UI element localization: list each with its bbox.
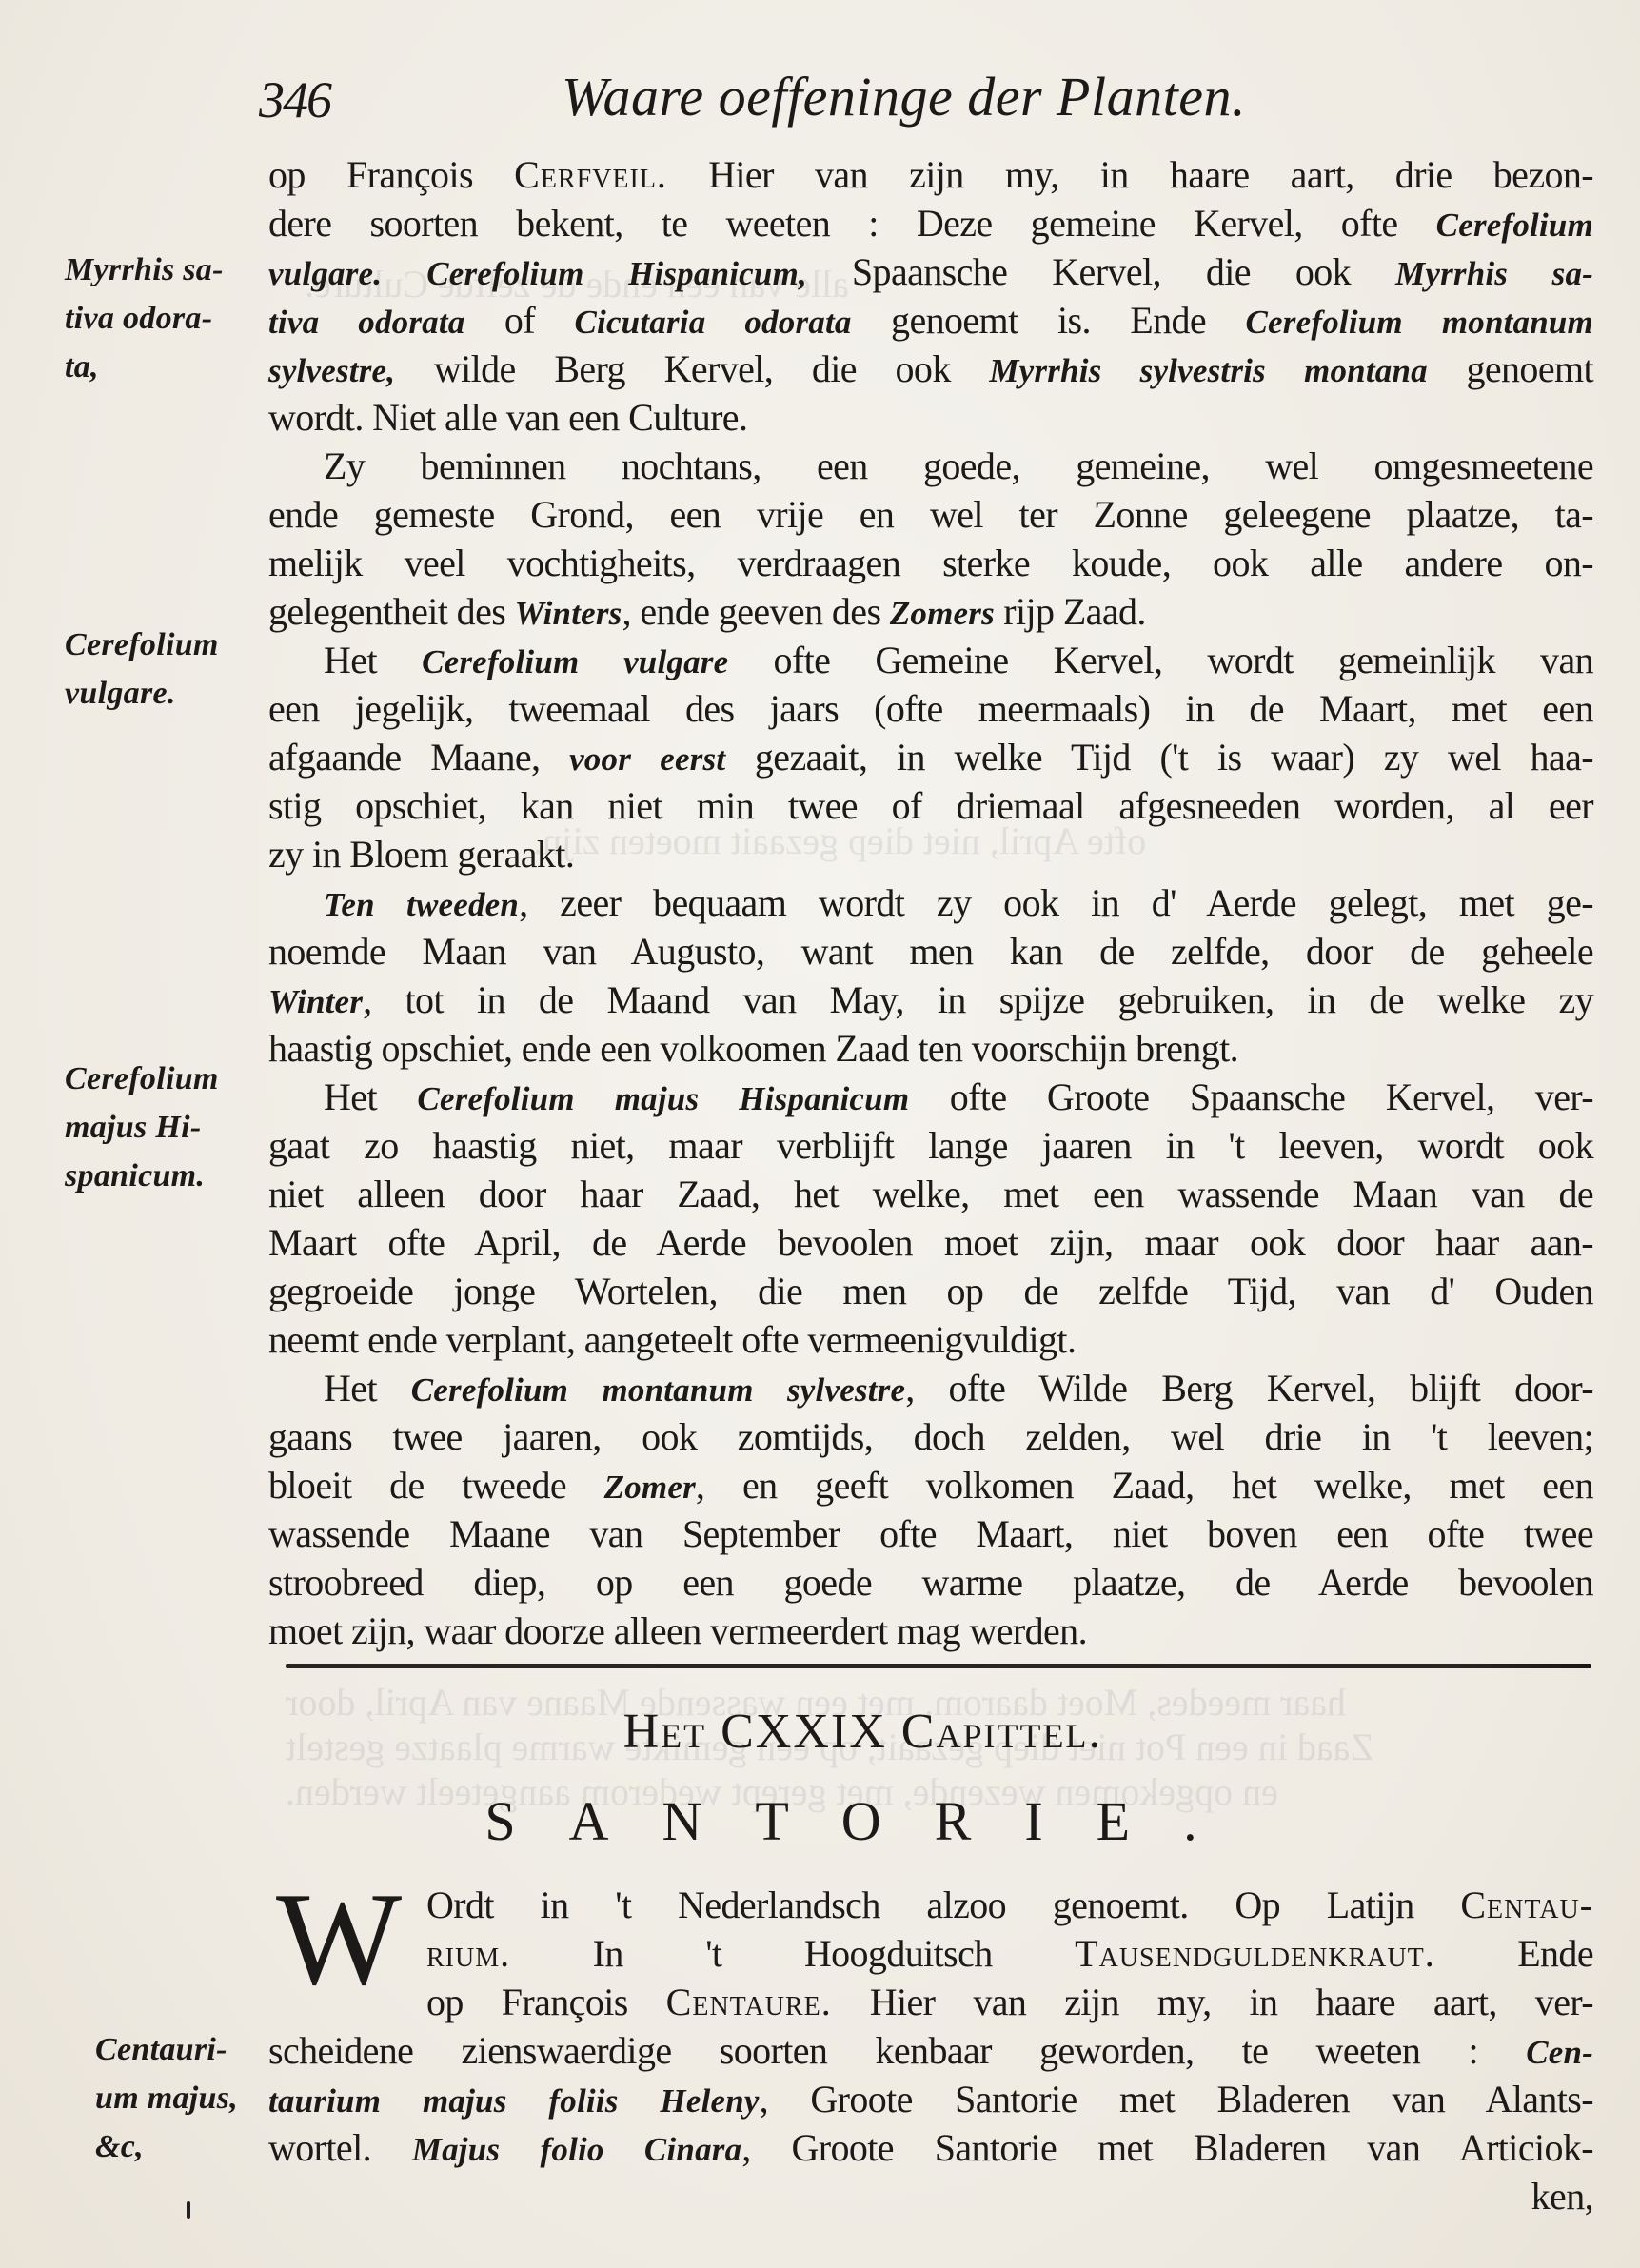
drop-cap-lines: Ordt in 't Nederlandsch alzoo genoemt. O…: [426, 1881, 1593, 2026]
text-run: Spaansche Kervel, die ook: [807, 250, 1395, 293]
text-run: , ende geeven des: [622, 590, 890, 633]
text-run: Ende: [1435, 1932, 1593, 1975]
text-line: Het Cerefolium majus Hispanicum ofte Gro…: [268, 1073, 1593, 1121]
margin-note-cerefolium-hispanicum: Cerefolium majus Hi- spanicum.: [65, 1055, 255, 1200]
text-line: op François Cerfveil. Hier van zijn my, …: [268, 150, 1593, 199]
text-line: Winter, tot in de Maand van May, in spij…: [268, 976, 1593, 1024]
text-run: , Groote Santorie met Bladeren van Artic…: [741, 2126, 1593, 2169]
margin-note-cerefolium-vulgare: Cerefolium vulgare.: [65, 621, 255, 718]
small-caps-term: Centaure.: [666, 1981, 832, 2023]
latin-term: Cerefolium Hispanicum,: [426, 255, 807, 292]
margin-note-line: vulgare.: [65, 669, 255, 718]
page-number: 346: [259, 70, 330, 129]
text-run: genoemt is. Ende: [852, 299, 1246, 342]
text-run: stig opschiet, kan niet min twee of drie…: [268, 784, 1593, 827]
text-line: stig opschiet, kan niet min twee of drie…: [268, 781, 1593, 830]
text-run: [382, 250, 426, 293]
text-run: op François: [426, 1981, 666, 2023]
latin-term: Zomer: [604, 1469, 696, 1506]
latin-term: Myrrhis sa-: [1395, 255, 1593, 292]
text-line: vulgare. Cerefolium Hispanicum, Spaansch…: [268, 247, 1593, 296]
margin-note-line: spanicum.: [65, 1152, 255, 1200]
page-header: 346 Waare oeffeninge der Planten.: [259, 65, 1591, 131]
text-run: , Groote Santorie met Bladeren van Alant…: [760, 2078, 1593, 2120]
margin-note-line: um majus,: [95, 2074, 286, 2122]
text-line: gelegentheit des Winters, ende geeven de…: [268, 587, 1593, 636]
paragraph-list: Zy beminnen nochtans, een goede, gemeine…: [268, 442, 1593, 1655]
text-line: wordt. Niet alle van een Culture.: [268, 393, 1593, 442]
latin-term: tiva odorata: [268, 304, 465, 341]
text-line: Maart ofte April, de Aerde bevoolen moet…: [268, 1218, 1593, 1267]
latin-term: Winters: [515, 595, 622, 632]
text-run: Het: [324, 1075, 417, 1118]
running-title: Waare oeffeninge der Planten.: [562, 65, 1246, 128]
text-run: stroobreed diep, op een goede warme plaa…: [268, 1561, 1593, 1604]
text-run: Ordt in 't Nederlandsch alzoo genoemt. O…: [426, 1883, 1460, 1926]
text-run: melijk veel vochtigheits, verdraagen ste…: [268, 542, 1593, 584]
text-run: gelegentheit des: [268, 590, 515, 633]
text-line: Zy beminnen nochtans, een goede, gemeine…: [268, 442, 1593, 490]
text-run: rijp Zaad.: [995, 590, 1146, 633]
text-line: afgaande Maane, voor eerst gezaait, in w…: [268, 733, 1593, 781]
small-caps-term: Cerfveil.: [514, 153, 667, 196]
text-run: gezaait, in welke Tijd ('t is waar) zy w…: [725, 736, 1593, 779]
text-run: wortel.: [268, 2126, 412, 2169]
margin-note-line: Cerefolium: [65, 1055, 255, 1103]
latin-term: Cicutaria odorata: [574, 304, 851, 341]
text-run: een jegelijk, tweemaal des jaars (ofte m…: [268, 687, 1593, 730]
text-run: wilde Berg Kervel, die ook: [395, 347, 989, 390]
text-run: gaat zo haastig niet, maar verblijft lan…: [268, 1124, 1593, 1167]
text-run: ofte Gemeine Kervel, wordt gemeinlijk va…: [728, 639, 1593, 681]
text-run: , ofte Wilde Berg Kervel, blijft door-: [905, 1367, 1593, 1410]
text-run: , en geeft volkomen Zaad, het welke, met…: [696, 1464, 1593, 1507]
text-run: Maart ofte April, de Aerde bevoolen moet…: [268, 1221, 1593, 1264]
text-run: haastig opschiet, ende een volkoomen Zaa…: [268, 1027, 1238, 1070]
text-run: of: [465, 299, 575, 342]
text-line: rium. In 't Hoogduitsch Tausendguldenkra…: [426, 1929, 1593, 1978]
paragraph: Het Cerefolium vulgare ofte Gemeine Kerv…: [268, 636, 1593, 878]
margin-note-line: majus Hi-: [65, 1103, 255, 1152]
text-run: afgaande Maane,: [268, 736, 569, 779]
text-line: gegroeide jonge Wortelen, die men op de …: [268, 1267, 1593, 1315]
main-text-column: op François Cerfveil. Hier van zijn my, …: [268, 150, 1593, 1655]
text-run: moet zijn, waar doorze alleen vermeerder…: [268, 1609, 1087, 1652]
book-page: alle van een ende de zelfde Culture. oft…: [0, 0, 1640, 2268]
small-caps-term: Tausendguldenkraut.: [1075, 1932, 1435, 1975]
paragraph: Het Cerefolium majus Hispanicum ofte Gro…: [268, 1073, 1593, 1364]
text-line: een jegelijk, tweemaal des jaars (ofte m…: [268, 684, 1593, 733]
text-line: Ten tweeden, zeer bequaam wordt zy ook i…: [268, 878, 1593, 927]
text-run: Het: [324, 639, 422, 681]
text-run: neemt ende verplant, aangeteelt ofte ver…: [268, 1318, 1076, 1361]
margin-note-line: ta,: [65, 343, 255, 391]
margin-note-centaurium: Centauri- um majus, &c,: [95, 2025, 286, 2171]
text-line: zy in Bloem geraakt.: [268, 830, 1593, 878]
text-run: , zeer bequaam wordt zy ook in d' Aerde …: [519, 881, 1593, 924]
text-run: wassende Maane van September ofte Maart,…: [268, 1512, 1593, 1555]
paragraph: Ten tweeden, zeer bequaam wordt zy ook i…: [268, 878, 1593, 1073]
latin-term: Cerefolium majus Hispanicum: [417, 1080, 909, 1117]
margin-note-line: &c,: [95, 2122, 286, 2171]
text-line: niet alleen door haar Zaad, het welke, m…: [268, 1170, 1593, 1218]
latin-term: sylvestre,: [268, 352, 395, 389]
text-line: Het Cerefolium montanum sylvestre, ofte …: [268, 1364, 1593, 1412]
text-run: dere soorten bekent, te weeten : Deze ge…: [268, 202, 1436, 245]
chapter-heading: Het CXXIX Capittel.: [0, 1704, 1640, 1760]
small-caps-term: rium.: [426, 1932, 510, 1975]
text-line: tiva odorata of Cicutaria odorata genoem…: [268, 296, 1593, 345]
text-run: Zy beminnen nochtans, een goede, gemeine…: [324, 444, 1593, 487]
text-run: bloeit de tweede: [268, 1464, 604, 1507]
drop-cap: W: [276, 1873, 402, 2006]
text-run: In 't Hoogduitsch: [510, 1932, 1075, 1975]
margin-note-line: Cerefolium: [65, 621, 255, 669]
text-run: gaans twee jaaren, ook zomtijds, doch ze…: [268, 1415, 1593, 1458]
text-run: Het: [324, 1367, 411, 1410]
latin-term: Cen-: [1526, 2034, 1593, 2071]
text-line: noemde Maan van Augusto, want men kan de…: [268, 927, 1593, 976]
text-line: Ordt in 't Nederlandsch alzoo genoemt. O…: [426, 1881, 1593, 1929]
section-intro: op François Cerfveil. Hier van zijn my, …: [268, 150, 1593, 442]
latin-term: Ten tweeden: [324, 886, 519, 923]
text-line: dere soorten bekent, te weeten : Deze ge…: [268, 199, 1593, 247]
text-line: haastig opschiet, ende een volkoomen Zaa…: [268, 1024, 1593, 1073]
latin-term: Cerefolium: [1436, 207, 1593, 244]
text-run: genoemt: [1428, 347, 1593, 390]
text-line: wortel. Majus folio Cinara, Groote Santo…: [268, 2123, 1593, 2172]
text-line: bloeit de tweede Zomer, en geeft volkome…: [268, 1461, 1593, 1509]
text-line: wassende Maane van September ofte Maart,…: [268, 1509, 1593, 1558]
text-line: moet zijn, waar doorze alleen vermeerder…: [268, 1607, 1593, 1655]
latin-term: taurium majus foliis Heleny: [268, 2082, 760, 2120]
latin-term: Winter: [268, 983, 363, 1020]
latin-term: voor eerst: [569, 740, 725, 778]
latin-term: Cerefolium vulgare: [422, 643, 728, 680]
chapter-title: SANTORIE.: [0, 1789, 1640, 1853]
text-line: neemt ende verplant, aangeteelt ofte ver…: [268, 1315, 1593, 1364]
margin-note-line: Myrrhis sa-: [65, 246, 255, 294]
text-run: niet alleen door haar Zaad, het welke, m…: [268, 1173, 1593, 1215]
text-run: ofte Groote Spaansche Kervel, ver-: [909, 1075, 1593, 1118]
paragraph: Zy beminnen nochtans, een goede, gemeine…: [268, 442, 1593, 636]
text-run: scheidene zienswaerdige soorten kenbaar …: [268, 2029, 1526, 2072]
text-run: noemde Maan van Augusto, want men kan de…: [268, 930, 1593, 973]
latin-term: Zomers: [890, 595, 995, 632]
small-caps-term: Centau-: [1460, 1883, 1593, 1926]
section-santorie-text: scheidene zienswaerdige soorten kenbaar …: [268, 2026, 1593, 2220]
margin-note-myrrhis: Myrrhis sa- tiva odora- ta,: [65, 246, 255, 391]
paragraph: Het Cerefolium montanum sylvestre, ofte …: [268, 1364, 1593, 1655]
text-line: op François Centaure. Hier van zijn my, …: [426, 1978, 1593, 2026]
text-run: Hier van zijn my, in haare aart, ver-: [832, 1981, 1593, 2023]
text-line: sylvestre, wilde Berg Kervel, die ook My…: [268, 345, 1593, 393]
text-line: gaat zo haastig niet, maar verblijft lan…: [268, 1121, 1593, 1170]
latin-term: Cerefolium montanum: [1246, 304, 1593, 341]
text-run: wordt. Niet alle van een Culture.: [268, 396, 747, 439]
text-line: Het Cerefolium vulgare ofte Gemeine Kerv…: [268, 636, 1593, 684]
text-run: , tot in de Maand van May, in spijze geb…: [363, 978, 1593, 1021]
latin-term: Myrrhis sylvestris montana: [989, 352, 1428, 389]
latin-term: vulgare.: [268, 255, 382, 292]
latin-term: Cerefolium montanum sylvestre: [411, 1371, 905, 1409]
margin-note-line: Centauri-: [95, 2025, 286, 2074]
ink-speck: [187, 2201, 190, 2219]
text-line: ende gemeste Grond, een vrije en wel ter…: [268, 490, 1593, 539]
text-run: Hier van zijn my, in haare aart, drie be…: [667, 153, 1593, 196]
text-line: melijk veel vochtigheits, verdraagen ste…: [268, 539, 1593, 587]
text-line: stroobreed diep, op een goede warme plaa…: [268, 1558, 1593, 1607]
text-line: scheidene zienswaerdige soorten kenbaar …: [268, 2026, 1593, 2075]
text-line: taurium majus foliis Heleny, Groote Sant…: [268, 2075, 1593, 2123]
text-line: gaans twee jaaren, ook zomtijds, doch ze…: [268, 1412, 1593, 1461]
text-run: gegroeide jonge Wortelen, die men op de …: [268, 1270, 1593, 1312]
catchword: ken,: [268, 2172, 1593, 2220]
text-run: op François: [268, 153, 514, 196]
margin-note-line: tiva odora-: [65, 294, 255, 343]
text-run: zy in Bloem geraakt.: [268, 833, 574, 876]
section-divider-rule: [286, 1664, 1591, 1668]
text-run: ende gemeste Grond, een vrije en wel ter…: [268, 493, 1593, 536]
latin-term: Majus folio Cinara: [412, 2131, 742, 2168]
